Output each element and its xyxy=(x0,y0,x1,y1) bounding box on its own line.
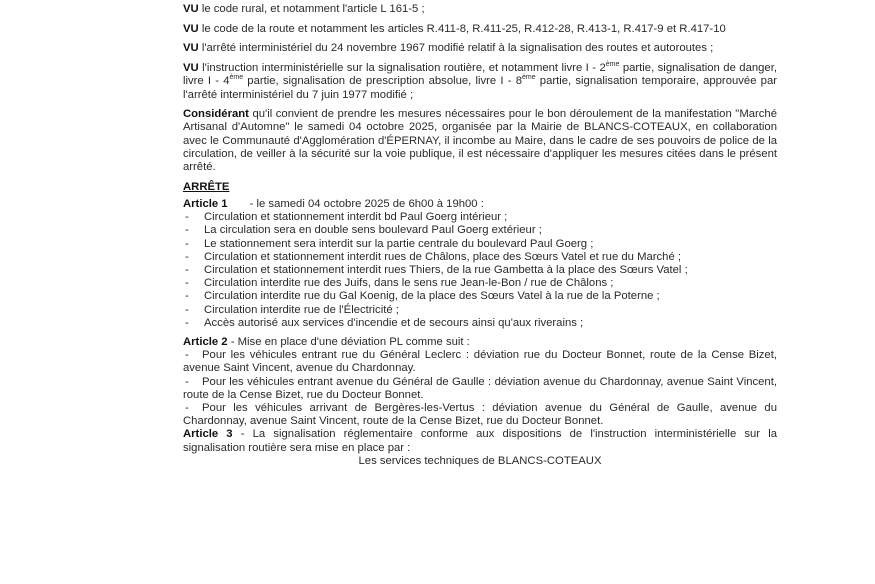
article-1-title: Article 1- le samedi 04 octobre 2025 de … xyxy=(183,198,777,211)
article-3-paragraph: Article 3 - La signalisation réglementai… xyxy=(183,428,777,454)
list-item: La circulation sera en double sens boule… xyxy=(183,224,777,237)
list-item: Circulation interdite rue du Gal Koenig,… xyxy=(183,290,777,303)
vu-code-rural: VU le code rural, et notamment l'article… xyxy=(183,3,777,16)
vu-code-route: VU le code de la route et notamment les … xyxy=(183,23,777,36)
vu-instruction: VU l'instruction interministérielle sur … xyxy=(183,62,777,102)
deviation-item: -Pour les véhicules entrant avenue du Gé… xyxy=(183,376,777,402)
vu-arrete-1967: VU l'arrêté interministériel du 24 novem… xyxy=(183,42,777,55)
deviation-item: -Pour les véhicules arrivant de Bergères… xyxy=(183,402,777,428)
considerant-paragraph: Considérant qu'il convient de prendre le… xyxy=(183,108,777,174)
list-item: Circulation et stationnement interdit ru… xyxy=(183,264,777,277)
list-item: Circulation et stationnement interdit ru… xyxy=(183,251,777,264)
list-item: Circulation interdite rue de l'Électrici… xyxy=(183,304,777,317)
list-item: Accès autorisé aux services d'incendie e… xyxy=(183,317,777,330)
article-3-services: Les services techniques de BLANCS-COTEAU… xyxy=(183,455,777,468)
article-1-list: Circulation et stationnement interdit bd… xyxy=(183,211,777,330)
arrete-heading: ARRÊTE xyxy=(183,181,777,194)
list-item: Circulation interdite rue des Juifs, dan… xyxy=(183,277,777,290)
deviation-item: -Pour les véhicules entrant rue du Génér… xyxy=(183,349,777,375)
list-item: Circulation et stationnement interdit bd… xyxy=(183,211,777,224)
scanned-document-page: VU le code rural, et notamment l'article… xyxy=(183,0,777,468)
list-item: Le stationnement sera interdit sur la pa… xyxy=(183,238,777,251)
article-2-title: Article 2 - Mise en place d'une déviatio… xyxy=(183,336,777,349)
